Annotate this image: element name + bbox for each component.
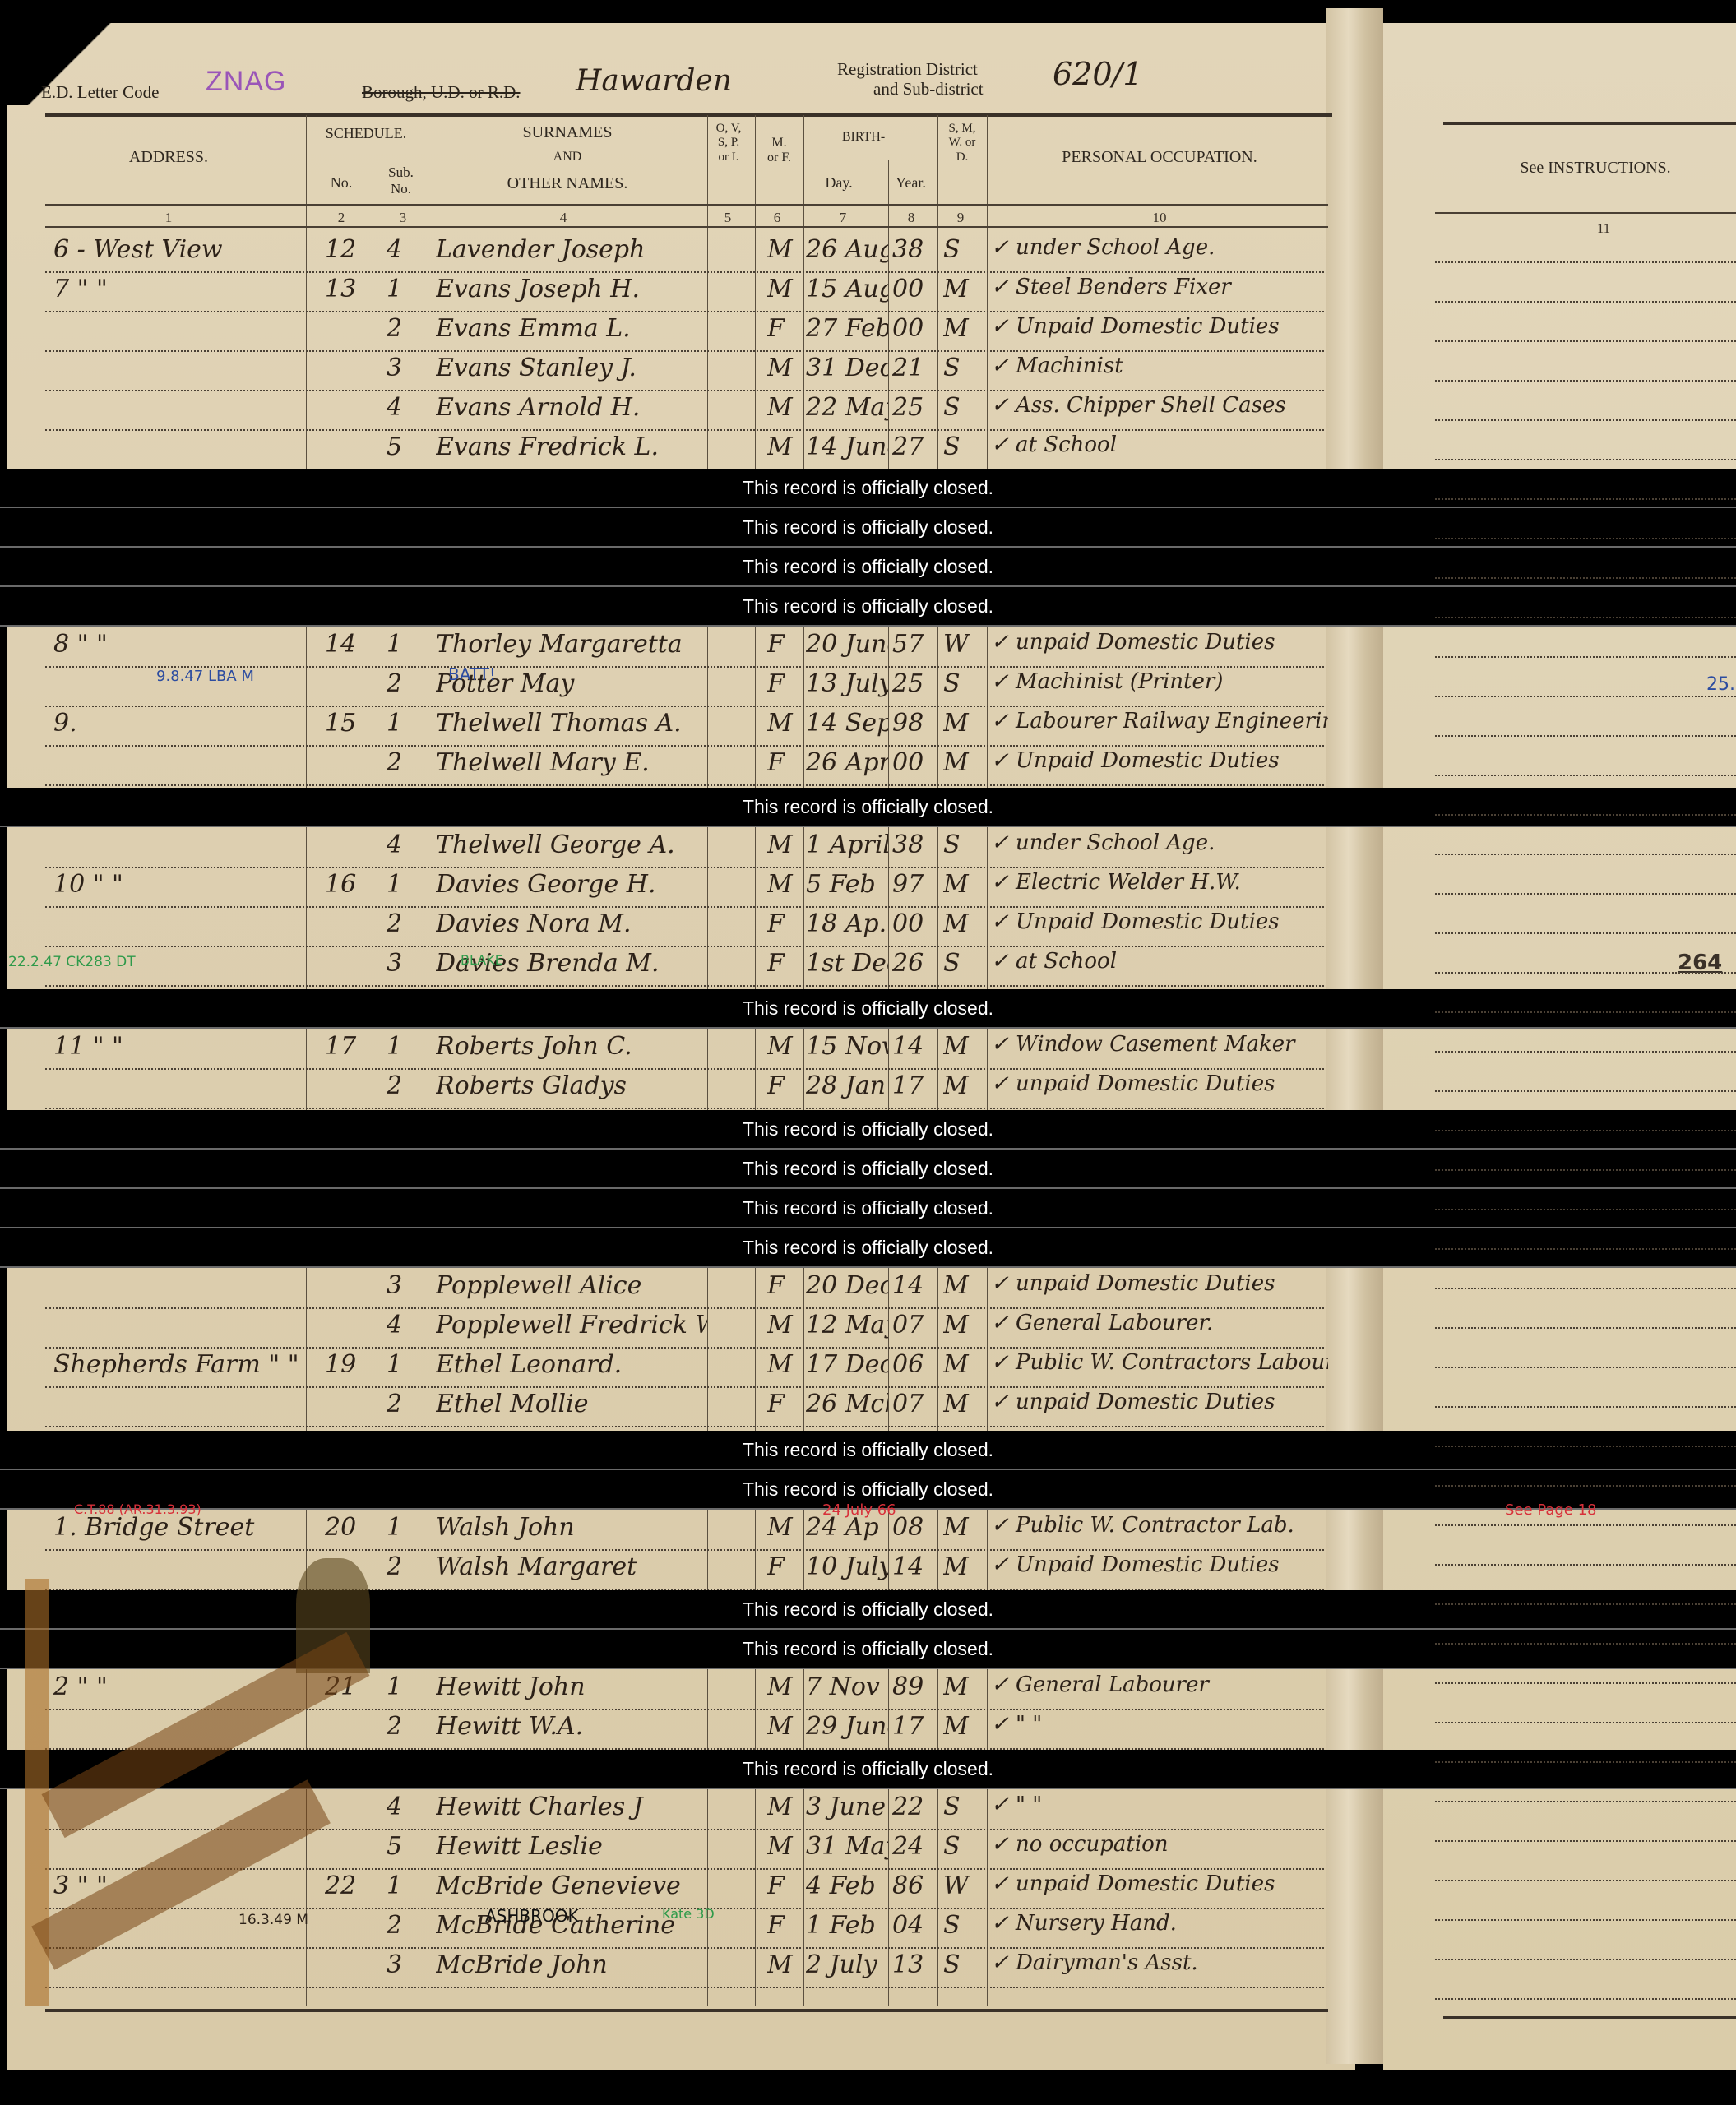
cell-sex: M: [767, 1032, 800, 1061]
cell-sex: F: [767, 949, 800, 978]
cell-sub-no: 1: [387, 1350, 419, 1379]
cell-birth-year: 00: [892, 275, 937, 303]
cell-birth-day: 20 Dec: [806, 1271, 888, 1300]
cell-marital-status: S: [943, 1793, 980, 1821]
cell-birth-day: 3 June: [806, 1793, 888, 1821]
col-header-birth: BIRTH-: [810, 130, 917, 145]
closed-record-bar: This record is officially closed.: [0, 548, 1736, 587]
cell-sub-no: 4: [387, 1311, 419, 1339]
instruction-line: [1435, 735, 1736, 737]
cell-name: Popplewell Fredrick W: [436, 1311, 707, 1339]
closed-record-bar: This record is officially closed.: [0, 1630, 1736, 1669]
col-header-surnames: SURNAMES: [444, 123, 691, 142]
col-header-schedule-no: No.: [312, 174, 370, 192]
instruction-line: [1435, 814, 1736, 816]
col-header-birth-day: Day.: [806, 174, 872, 192]
cell-birth-day: 17 Dec: [806, 1350, 888, 1379]
col-number-4: 4: [551, 210, 576, 226]
cell-occupation: ✓ at School: [991, 433, 1328, 457]
instruction-line: [1435, 656, 1736, 658]
cell-address: 1. Bridge Street: [53, 1513, 300, 1542]
col-number-8: 8: [899, 210, 924, 226]
cell-sex: F: [767, 1390, 800, 1418]
instruction-line: [1435, 1919, 1736, 1921]
registration-value: 620/1: [1053, 56, 1143, 92]
cell-marital-status: M: [943, 709, 980, 738]
ed-letter-code-stamp: ZNAG: [206, 66, 286, 98]
cell-sub-no: 1: [387, 630, 419, 659]
cell-sub-no: 1: [387, 1513, 419, 1542]
col-header-and: AND: [444, 150, 691, 164]
cell-sub-no: 1: [387, 1032, 419, 1061]
cell-schedule-no: 17: [325, 1032, 374, 1061]
cell-name: Walsh Margaret: [436, 1552, 707, 1581]
cell-sex: F: [767, 630, 800, 659]
cell-occupation: ✓ Electric Welder H.W.: [991, 870, 1328, 895]
cell-birth-year: 07: [892, 1390, 937, 1418]
annotation-blue-name: BATT!: [448, 664, 496, 684]
cell-birth-day: 1 Feb: [806, 1911, 888, 1940]
cell-sub-no: 4: [387, 830, 419, 859]
cell-birth-day: 13 July: [806, 669, 888, 698]
cell-marital-status: M: [943, 1390, 980, 1418]
cell-marital-status: S: [943, 949, 980, 978]
instruction-line: [1435, 893, 1736, 895]
cell-sex: F: [767, 748, 800, 777]
cell-schedule-no: 22: [325, 1871, 374, 1900]
cell-birth-year: 22: [892, 1793, 937, 1821]
instruction-line: [1435, 1327, 1736, 1329]
cell-sex: F: [767, 1552, 800, 1581]
cell-sub-no: 4: [387, 235, 419, 264]
cell-marital-status: S: [943, 1911, 980, 1940]
instruction-line: [1435, 498, 1736, 500]
instruction-line: [1435, 1446, 1736, 1447]
closed-record-bar: This record is officially closed.: [0, 469, 1736, 508]
instruction-line: [1435, 1722, 1736, 1723]
instruction-line: [1435, 1130, 1736, 1131]
col-header-smwd: S, M, W. or D.: [946, 122, 979, 164]
cell-name: Hewitt W.A.: [436, 1712, 707, 1741]
col-number-5: 5: [715, 210, 740, 226]
cell-name: Popplewell Alice: [436, 1271, 707, 1300]
instruction-line: [1435, 1682, 1736, 1684]
cell-birth-year: 14: [892, 1552, 937, 1581]
closed-record-bar: This record is officially closed.: [0, 989, 1736, 1029]
annotation-address-date: 16.3.49 M: [238, 1912, 308, 1928]
cell-birth-year: 24: [892, 1832, 937, 1861]
cell-birth-year: 27: [892, 433, 937, 461]
cell-schedule-no: 19: [325, 1350, 374, 1379]
instruction-line: [1435, 1288, 1736, 1289]
cell-name: Evans Arnold H.: [436, 393, 707, 422]
header-divider: [45, 204, 1328, 206]
cell-address: 10 " ": [53, 870, 300, 899]
cell-marital-status: W: [943, 1871, 980, 1900]
cell-marital-status: M: [943, 1350, 980, 1379]
cell-occupation: ✓ Window Casement Maker: [991, 1032, 1328, 1057]
cell-schedule-no: 14: [325, 630, 374, 659]
col-header-address: ADDRESS.: [45, 148, 292, 167]
col-number-2: 2: [329, 210, 354, 226]
cell-marital-status: S: [943, 393, 980, 422]
col-number-10: 10: [1147, 210, 1172, 226]
instruction-line: [1435, 854, 1736, 855]
census-row: 11 " "171Roberts John C.M15 Nov14M✓ Wind…: [45, 1029, 1324, 1070]
cell-name: Thelwell Thomas A.: [436, 709, 707, 738]
cell-name: McBride John: [436, 1950, 707, 1979]
cell-sex: M: [767, 1672, 800, 1701]
cell-name: Thelwell Mary E.: [436, 748, 707, 777]
instruction-line: [1435, 340, 1736, 342]
cell-sub-no: 3: [387, 949, 419, 978]
cell-occupation: ✓ " ": [991, 1793, 1328, 1817]
cell-sex: M: [767, 1832, 800, 1861]
cell-marital-status: M: [943, 314, 980, 343]
cell-occupation: ✓ Nursery Hand.: [991, 1911, 1328, 1936]
cell-occupation: ✓ Unpaid Domestic Duties: [991, 1552, 1328, 1577]
cell-sub-no: 2: [387, 669, 419, 698]
cell-sex: M: [767, 275, 800, 303]
cell-sex: M: [767, 1950, 800, 1979]
census-row: 4Popplewell Fredrick WM12 May07M✓ Genera…: [45, 1307, 1324, 1349]
instruction-line: [1435, 459, 1736, 460]
cell-occupation: ✓ Steel Benders Fixer: [991, 275, 1328, 299]
cell-sub-no: 3: [387, 354, 419, 382]
cell-name: Ethel Mollie: [436, 1390, 707, 1418]
cell-address: 9.: [53, 709, 300, 738]
registration-label: Registration District: [837, 59, 978, 80]
annotation-red-stamp: C.T.88 (AR.31.3.93): [74, 1501, 201, 1517]
census-row: 2Evans Emma L.F27 Feb00M✓ Unpaid Domesti…: [45, 311, 1324, 352]
cell-name: Davies Nora M.: [436, 909, 707, 938]
cell-name: Hewitt John: [436, 1672, 707, 1701]
instruction-line: [1435, 1801, 1736, 1802]
census-row: 3Evans Stanley J.M31 Dec21S✓ Machinist: [45, 350, 1324, 391]
col-header-birth-year: Year.: [888, 174, 933, 192]
annotation-red-see-page: See Page 18: [1505, 1501, 1597, 1519]
cell-birth-year: 57: [892, 630, 937, 659]
cell-occupation: ✓ unpaid Domestic Duties: [991, 630, 1328, 655]
cell-sub-no: 2: [387, 1712, 419, 1741]
cell-name: Thelwell George A.: [436, 830, 707, 859]
instruction-line: [1435, 380, 1736, 382]
right-header-divider: [1435, 212, 1736, 214]
col-header-schedule: SCHEDULE.: [312, 125, 419, 142]
census-row: 6 - West View124Lavender JosephM26 Aug38…: [45, 232, 1324, 273]
cell-birth-year: 06: [892, 1350, 937, 1379]
instruction-line: [1435, 1564, 1736, 1566]
cell-marital-status: M: [943, 1552, 980, 1581]
cell-name: Roberts Gladys: [436, 1071, 707, 1100]
cell-birth-year: 38: [892, 235, 937, 264]
annotation-red-date: 24 July 66: [822, 1501, 896, 1519]
ed-letter-code-label: E.D. Letter Code: [41, 82, 159, 103]
annotation-blue-address: 9.8.47 LBA M: [156, 668, 254, 685]
census-row: 3 " "221McBride GenevieveF4 Feb86W✓ unpa…: [45, 1868, 1324, 1909]
instruction-line: [1435, 1090, 1736, 1092]
cell-marital-status: M: [943, 1071, 980, 1100]
cell-birth-day: 14 Sept: [806, 709, 888, 738]
cell-occupation: ✓ General Labourer: [991, 1672, 1328, 1697]
cell-occupation: ✓ Public W. Contractor Lab.: [991, 1513, 1328, 1538]
col-number-9: 9: [948, 210, 973, 226]
cell-name: Hewitt Charles J: [436, 1793, 707, 1821]
footer-rule: [45, 2009, 1328, 2012]
cell-sex: M: [767, 393, 800, 422]
cell-birth-year: 25: [892, 669, 937, 698]
cell-birth-year: 07: [892, 1311, 937, 1339]
cell-occupation: ✓ " ": [991, 1712, 1328, 1737]
cell-marital-status: S: [943, 1832, 980, 1861]
cell-birth-year: 98: [892, 709, 937, 738]
cell-sub-no: 2: [387, 909, 419, 938]
cell-occupation: ✓ Unpaid Domestic Duties: [991, 748, 1328, 773]
cell-occupation: ✓ General Labourer.: [991, 1311, 1328, 1335]
cell-schedule-no: 13: [325, 275, 374, 303]
annotation-green-address: 22.2.47 CK283 DT: [8, 954, 136, 970]
census-row: 2Roberts GladysF28 Jan17M✓ unpaid Domest…: [45, 1068, 1324, 1109]
borough-value: Hawarden: [576, 64, 732, 98]
cell-occupation: ✓ Machinist: [991, 354, 1328, 378]
cell-marital-status: S: [943, 433, 980, 461]
census-row: 3Davies Brenda M.F1st Dec26S✓ at School: [45, 946, 1324, 987]
col-number-3: 3: [391, 210, 415, 226]
col-header-other-names: OTHER NAMES.: [444, 174, 691, 193]
closed-record-bar: This record is officially closed.: [0, 1590, 1736, 1630]
cell-sub-no: 4: [387, 393, 419, 422]
cell-marital-status: M: [943, 909, 980, 938]
cell-schedule-no: 15: [325, 709, 374, 738]
cell-occupation: ✓ Labourer Railway Engineering Maint. & …: [991, 709, 1328, 733]
cell-birth-year: 25: [892, 393, 937, 422]
census-row: 3McBride JohnM2 July13S✓ Dairyman's Asst…: [45, 1947, 1324, 1988]
cell-birth-year: 86: [892, 1871, 937, 1900]
cell-birth-day: 4 Feb: [806, 1871, 888, 1900]
instruction-line: [1435, 1169, 1736, 1171]
cell-birth-day: 31 May: [806, 1832, 888, 1861]
col-header-sub-no: Sub. No.: [382, 164, 419, 197]
cell-sub-no: 1: [387, 275, 419, 303]
annotation-green-kate: Kate 3D: [662, 1906, 715, 1922]
cell-marital-status: M: [943, 1311, 980, 1339]
col-number-11: 11: [1591, 220, 1616, 237]
cell-birth-year: 97: [892, 870, 937, 899]
cell-name: Hewitt Leslie: [436, 1832, 707, 1861]
census-row: 10 " "161Davies George H.M5 Feb97M✓ Elec…: [45, 867, 1324, 908]
cell-sex: M: [767, 709, 800, 738]
instruction-line: [1435, 1051, 1736, 1052]
cell-marital-status: M: [943, 870, 980, 899]
cell-occupation: ✓ at School: [991, 949, 1328, 974]
cell-sex: F: [767, 1871, 800, 1900]
col-number-1: 1: [156, 210, 181, 226]
cell-marital-status: S: [943, 235, 980, 264]
census-row: 1. Bridge Street201Walsh JohnM24 Ap08M✓ …: [45, 1510, 1324, 1551]
cell-occupation: ✓ Unpaid Domestic Duties: [991, 314, 1328, 339]
instruction-line: [1435, 1367, 1736, 1368]
cell-birth-day: 5 Feb: [806, 870, 888, 899]
cell-birth-year: 00: [892, 314, 937, 343]
cell-occupation: ✓ Unpaid Domestic Duties: [991, 909, 1328, 934]
cell-birth-year: 17: [892, 1712, 937, 1741]
cell-address: Shepherds Farm " ": [53, 1350, 300, 1379]
cell-occupation: ✓ Machinist (Printer): [991, 669, 1328, 694]
cell-birth-day: 20 June: [806, 630, 888, 659]
cell-marital-status: S: [943, 669, 980, 698]
cell-marital-status: S: [943, 354, 980, 382]
cell-sub-no: 3: [387, 1271, 419, 1300]
cell-name: Lavender Joseph: [436, 235, 707, 264]
cell-sub-no: 1: [387, 1871, 419, 1900]
cell-birth-day: 28 Jan: [806, 1071, 888, 1100]
cell-birth-year: 89: [892, 1672, 937, 1701]
cell-occupation: ✓ unpaid Domestic Duties: [991, 1071, 1328, 1096]
cell-birth-year: 04: [892, 1911, 937, 1940]
cell-sub-no: 1: [387, 709, 419, 738]
annotation-green-name: BLAKE: [461, 952, 503, 968]
cell-sex: F: [767, 1911, 800, 1940]
cell-sub-no: 5: [387, 1832, 419, 1861]
cell-birth-year: 26: [892, 949, 937, 978]
instruction-line: [1435, 577, 1736, 579]
census-row: 2Davies Nora M.F18 Ap.00M✓ Unpaid Domest…: [45, 906, 1324, 947]
right-margin-note-1: 25.: [1706, 674, 1735, 695]
instruction-line: [1435, 1998, 1736, 2000]
instruction-line: [1435, 972, 1736, 974]
cell-marital-status: M: [943, 1672, 980, 1701]
cell-sub-no: 2: [387, 1071, 419, 1100]
cell-marital-status: M: [943, 1513, 980, 1542]
instruction-line: [1435, 1406, 1736, 1408]
cell-name: Walsh John: [436, 1513, 707, 1542]
col-number-7: 7: [831, 210, 855, 226]
cell-birth-year: 21: [892, 354, 937, 382]
cell-birth-year: 13: [892, 1950, 937, 1979]
cell-sub-no: 2: [387, 748, 419, 777]
cell-birth-day: 26 April: [806, 748, 888, 777]
census-row: 5Evans Fredrick L.M14 June27S✓ at School: [45, 429, 1324, 470]
cell-occupation: ✓ no occupation: [991, 1832, 1328, 1857]
instruction-line: [1435, 1959, 1736, 1960]
instruction-line: [1435, 1011, 1736, 1013]
cell-birth-day: 18 Ap.: [806, 909, 888, 938]
cell-sub-no: 2: [387, 314, 419, 343]
cell-schedule-no: 16: [325, 870, 374, 899]
cell-birth-day: 2 July: [806, 1950, 888, 1979]
cell-name: Ethel Leonard.: [436, 1350, 707, 1379]
cell-occupation: ✓ under School Age.: [991, 235, 1328, 260]
cell-name: Evans Stanley J.: [436, 354, 707, 382]
col-header-ovspi: O, V, S, P. or I.: [711, 122, 746, 164]
cell-schedule-no: 20: [325, 1513, 374, 1542]
cell-birth-day: 27 Feb: [806, 314, 888, 343]
cell-birth-day: 12 May: [806, 1311, 888, 1339]
cell-name: Evans Emma L.: [436, 314, 707, 343]
instruction-line: [1435, 1603, 1736, 1605]
instruction-line: [1435, 1209, 1736, 1210]
cell-sex: F: [767, 669, 800, 698]
instruction-line: [1435, 1880, 1736, 1881]
cell-sex: M: [767, 235, 800, 264]
instruction-line: [1435, 696, 1736, 697]
instruction-line: [1435, 1643, 1736, 1645]
cell-name: Evans Fredrick L.: [436, 433, 707, 461]
cell-birth-day: 31 Dec: [806, 354, 888, 382]
cell-occupation: ✓ under School Age.: [991, 830, 1328, 855]
cell-birth-year: 14: [892, 1271, 937, 1300]
instruction-line: [1435, 1524, 1736, 1526]
cell-sex: M: [767, 1712, 800, 1741]
cell-sex: F: [767, 1271, 800, 1300]
col-number-6: 6: [765, 210, 789, 226]
subdistrict-label: and Sub-district: [873, 79, 984, 99]
cell-sex: M: [767, 830, 800, 859]
cell-address: 6 - West View: [53, 235, 300, 264]
cell-occupation: ✓ Dairyman's Asst.: [991, 1950, 1328, 1975]
cell-birth-year: 08: [892, 1513, 937, 1542]
cell-sex: M: [767, 433, 800, 461]
closed-record-bar: This record is officially closed.: [0, 1431, 1736, 1470]
instruction-line: [1435, 775, 1736, 776]
cell-sub-no: 5: [387, 433, 419, 461]
cell-marital-status: M: [943, 275, 980, 303]
cell-birth-day: 1 April: [806, 830, 888, 859]
cell-sub-no: 2: [387, 1911, 419, 1940]
cell-sex: F: [767, 909, 800, 938]
closed-record-bar: This record is officially closed.: [0, 587, 1736, 627]
annotation-ashbrook: ASHBROOK: [485, 1906, 579, 1926]
cell-occupation: ✓ Public W. Contractors Labourer: [991, 1350, 1328, 1375]
cell-sub-no: 2: [387, 1390, 419, 1418]
census-row: 8 " "141Thorley MargarettaF20 June57W✓ u…: [45, 627, 1324, 668]
cell-occupation: ✓ unpaid Domestic Duties: [991, 1871, 1328, 1896]
cell-marital-status: W: [943, 630, 980, 659]
instruction-line: [1435, 538, 1736, 539]
instruction-line: [1435, 419, 1736, 421]
cell-name: McBride Genevieve: [436, 1871, 707, 1900]
cell-schedule-no: 12: [325, 235, 374, 264]
header-top-rule-right: [1443, 122, 1736, 125]
cell-occupation: ✓ Ass. Chipper Shell Cases: [991, 393, 1328, 418]
cell-marital-status: S: [943, 830, 980, 859]
instruction-line: [1435, 301, 1736, 303]
census-row: 2Ethel MollieF26 Mch07M✓ unpaid Domestic…: [45, 1386, 1324, 1427]
cell-marital-status: M: [943, 1271, 980, 1300]
cell-sex: F: [767, 1071, 800, 1100]
cell-name: Evans Joseph H.: [436, 275, 707, 303]
cell-sub-no: 3: [387, 1950, 419, 1979]
cell-birth-day: 26 Mch: [806, 1390, 888, 1418]
cell-name: Thorley Margaretta: [436, 630, 707, 659]
cell-sex: M: [767, 354, 800, 382]
cell-sub-no: 2: [387, 1552, 419, 1581]
census-row: 2Thelwell Mary E.F26 April00M✓ Unpaid Do…: [45, 745, 1324, 786]
cell-birth-year: 38: [892, 830, 937, 859]
census-row: 2Walsh MargaretF10 July14M✓ Unpaid Domes…: [45, 1549, 1324, 1590]
cell-birth-day: 10 July: [806, 1552, 888, 1581]
instruction-line: [1435, 261, 1736, 263]
cell-birth-year: 00: [892, 748, 937, 777]
cell-occupation: ✓ unpaid Domestic Duties: [991, 1271, 1328, 1296]
census-row: 4Thelwell George A.M1 April38S✓ under Sc…: [45, 827, 1324, 868]
cell-marital-status: S: [943, 1950, 980, 1979]
cell-address: 8 " ": [53, 630, 300, 659]
cell-sex: M: [767, 1350, 800, 1379]
col-header-occupation: PERSONAL OCCUPATION.: [1003, 148, 1316, 167]
cell-sex: M: [767, 1311, 800, 1339]
cell-address: 7 " ": [53, 275, 300, 303]
